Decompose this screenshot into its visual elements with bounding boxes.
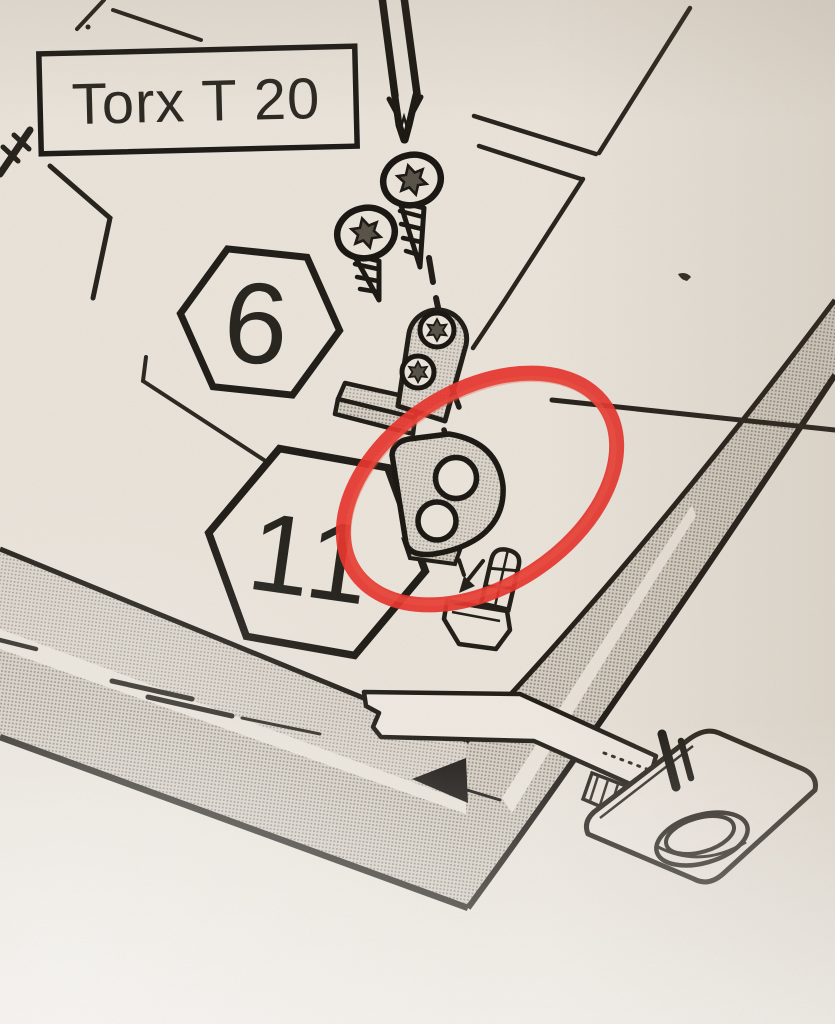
- instruction-manual-photo: Torx T 20 6: [0, 0, 835, 1024]
- paper-grain: [0, 0, 835, 1024]
- instruction-diagram: Torx T 20 6: [0, 0, 835, 1024]
